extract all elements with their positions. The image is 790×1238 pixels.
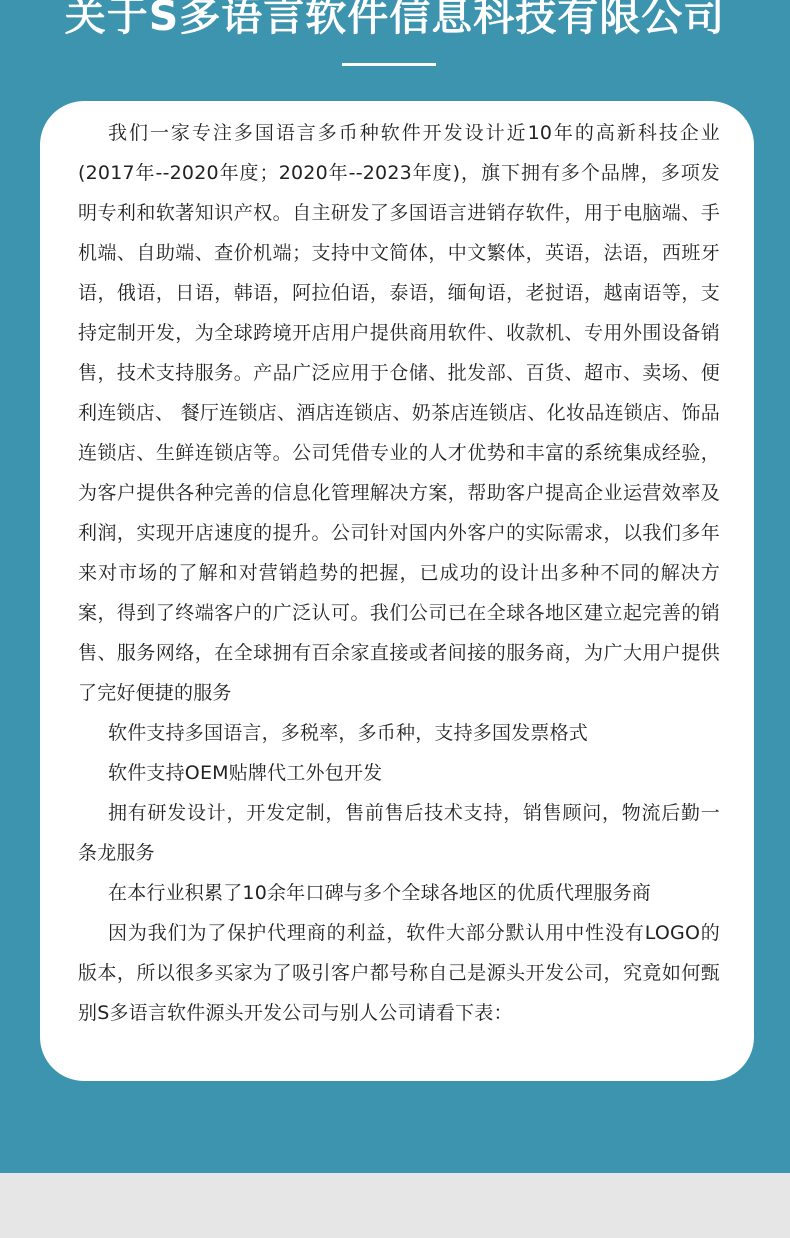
company-intro-card: 我们一家专注多国语言多币种软件开发设计近10年的高新科技企业(2017年--20… — [40, 101, 754, 1081]
page-title: 关于S多语言软件信息科技有限公司 — [0, 0, 790, 46]
feature-services: 拥有研发设计，开发定制，售前售后技术支持，销售顾问，物流后勤一条龙服务 — [78, 793, 720, 873]
feature-reputation: 在本行业积累了10余年口碑与多个全球各地区的优质代理服务商 — [78, 873, 720, 913]
feature-oem: 软件支持OEM贴牌代工外包开发 — [78, 753, 720, 793]
company-intro-text: 我们一家专注多国语言多币种软件开发设计近10年的高新科技企业(2017年--20… — [78, 113, 720, 1033]
intro-paragraph: 我们一家专注多国语言多币种软件开发设计近10年的高新科技企业(2017年--20… — [78, 113, 720, 713]
teal-background-section: 关于S多语言软件信息科技有限公司 我们一家专注多国语言多币种软件开发设计近10年… — [0, 0, 790, 1173]
title-underline-divider — [342, 63, 436, 66]
gray-footer-area — [0, 1173, 790, 1238]
closing-paragraph: 因为我们为了保护代理商的利益，软件大部分默认用中性没有LOGO的版本，所以很多买… — [78, 913, 720, 1033]
feature-multilanguage: 软件支持多国语言，多税率，多币种，支持多国发票格式 — [78, 713, 720, 753]
